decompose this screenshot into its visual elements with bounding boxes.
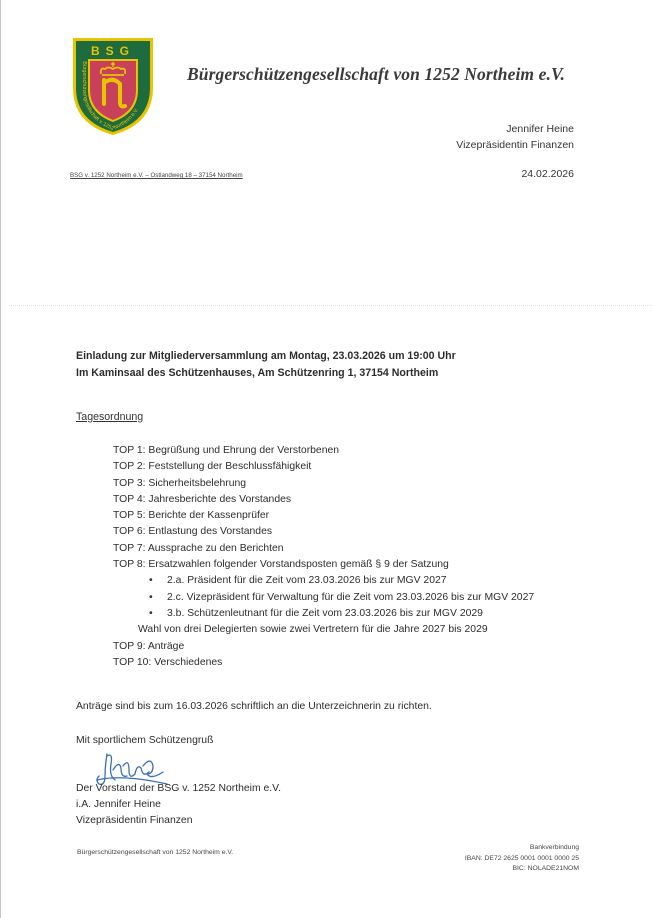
return-address: BSG v. 1252 Northeim e.V. – Ostlandweg 1… <box>70 172 243 179</box>
bic: BIC: NOLADE21NOM <box>465 864 579 875</box>
agenda-item: TOP 3: Sicherheitsbelehrung <box>113 476 534 492</box>
delegates-note: Wahl von drei Delegierten sowie zwei Ver… <box>113 622 534 638</box>
deadline-note: Anträge sind bis zum 16.03.2026 schriftl… <box>76 701 432 712</box>
invitation-line-1: Einladung zur Mitgliederversammlung am M… <box>76 348 456 365</box>
agenda-item: TOP 9: Anträge <box>113 639 534 655</box>
bullet-icon: • <box>149 573 153 589</box>
bullet-icon: • <box>149 606 153 622</box>
signatory-name: i.A. Jennifer Heine <box>76 797 281 813</box>
sender-role: Vizepräsidentin Finanzen <box>456 137 574 153</box>
election-sub-item: • 2.c. Vizepräsident für Verwaltung für … <box>147 590 534 606</box>
sender-block: Jennifer Heine Vizepräsidentin Finanzen <box>456 121 574 153</box>
election-sub-item: • 2.a. Präsident für die Zeit vom 23.03.… <box>147 573 534 589</box>
footer-bank-details: Bankverbindung IBAN: DE72 2625 0001 0001… <box>465 843 579 875</box>
agenda-item: TOP 4: Jahresberichte des Vorstandes <box>113 492 534 508</box>
signatory-role: Vizepräsidentin Finanzen <box>76 813 281 829</box>
agenda-item: TOP 2: Feststellung der Beschlussfähigke… <box>113 459 534 475</box>
agenda-list: TOP 1: Begrüßung und Ehrung der Verstorb… <box>113 443 534 671</box>
election-sub-list: • 2.a. Präsident für die Zeit vom 23.03.… <box>113 573 534 622</box>
svg-text:BSG: BSG <box>91 44 135 58</box>
letter-date: 24.02.2026 <box>521 168 574 180</box>
election-sub-item-text: 2.c. Vizepräsident für Verwaltung für di… <box>167 592 534 603</box>
signature-block: Der Vorstand der BSG v. 1252 Northeim e.… <box>76 781 281 829</box>
invitation-line-2: Im Kaminsaal des Schützenhauses, Am Schü… <box>76 365 456 382</box>
agenda-item: TOP 10: Verschiedenes <box>113 655 534 671</box>
election-sub-item-text: 3.b. Schützenleutnant für die Zeit vom 2… <box>167 608 483 619</box>
footer-org-name: Bürgerschützengesellschaft von 1252 Nort… <box>77 849 233 856</box>
agenda-item: TOP 1: Begrüßung und Ehrung der Verstorb… <box>113 443 534 459</box>
bullet-icon: • <box>149 590 153 606</box>
bank-label: Bankverbindung <box>465 843 579 854</box>
agenda-heading: Tagesordnung <box>76 411 143 423</box>
closing-greeting: Mit sportlichem Schützengruß <box>76 735 213 746</box>
bsg-shield-logo-icon: BSG Bürgerschützengesellschaft v. 1252 N… <box>71 36 155 136</box>
agenda-item: TOP 6: Entlastung des Vorstandes <box>113 524 534 540</box>
iban: IBAN: DE72 2625 0001 0001 0000 25 <box>465 854 579 865</box>
letter-page: BSG Bürgerschützengesellschaft v. 1252 N… <box>0 0 653 918</box>
board-line: Der Vorstand der BSG v. 1252 Northeim e.… <box>76 781 281 797</box>
fold-line <box>9 305 653 306</box>
organization-title: Bürgerschützengesellschaft von 1252 Nort… <box>187 64 565 85</box>
invitation-block: Einladung zur Mitgliederversammlung am M… <box>76 348 456 382</box>
election-sub-item: • 3.b. Schützenleutnant für die Zeit vom… <box>147 606 534 622</box>
agenda-item: TOP 8: Ersatzwahlen folgender Vorstandsp… <box>113 557 534 573</box>
election-sub-item-text: 2.a. Präsident für die Zeit vom 23.03.20… <box>167 575 447 586</box>
sender-name: Jennifer Heine <box>456 121 574 137</box>
agenda-item: TOP 7: Aussprache zu den Berichten <box>113 541 534 557</box>
agenda-item: TOP 5: Berichte der Kassenprüfer <box>113 508 534 524</box>
